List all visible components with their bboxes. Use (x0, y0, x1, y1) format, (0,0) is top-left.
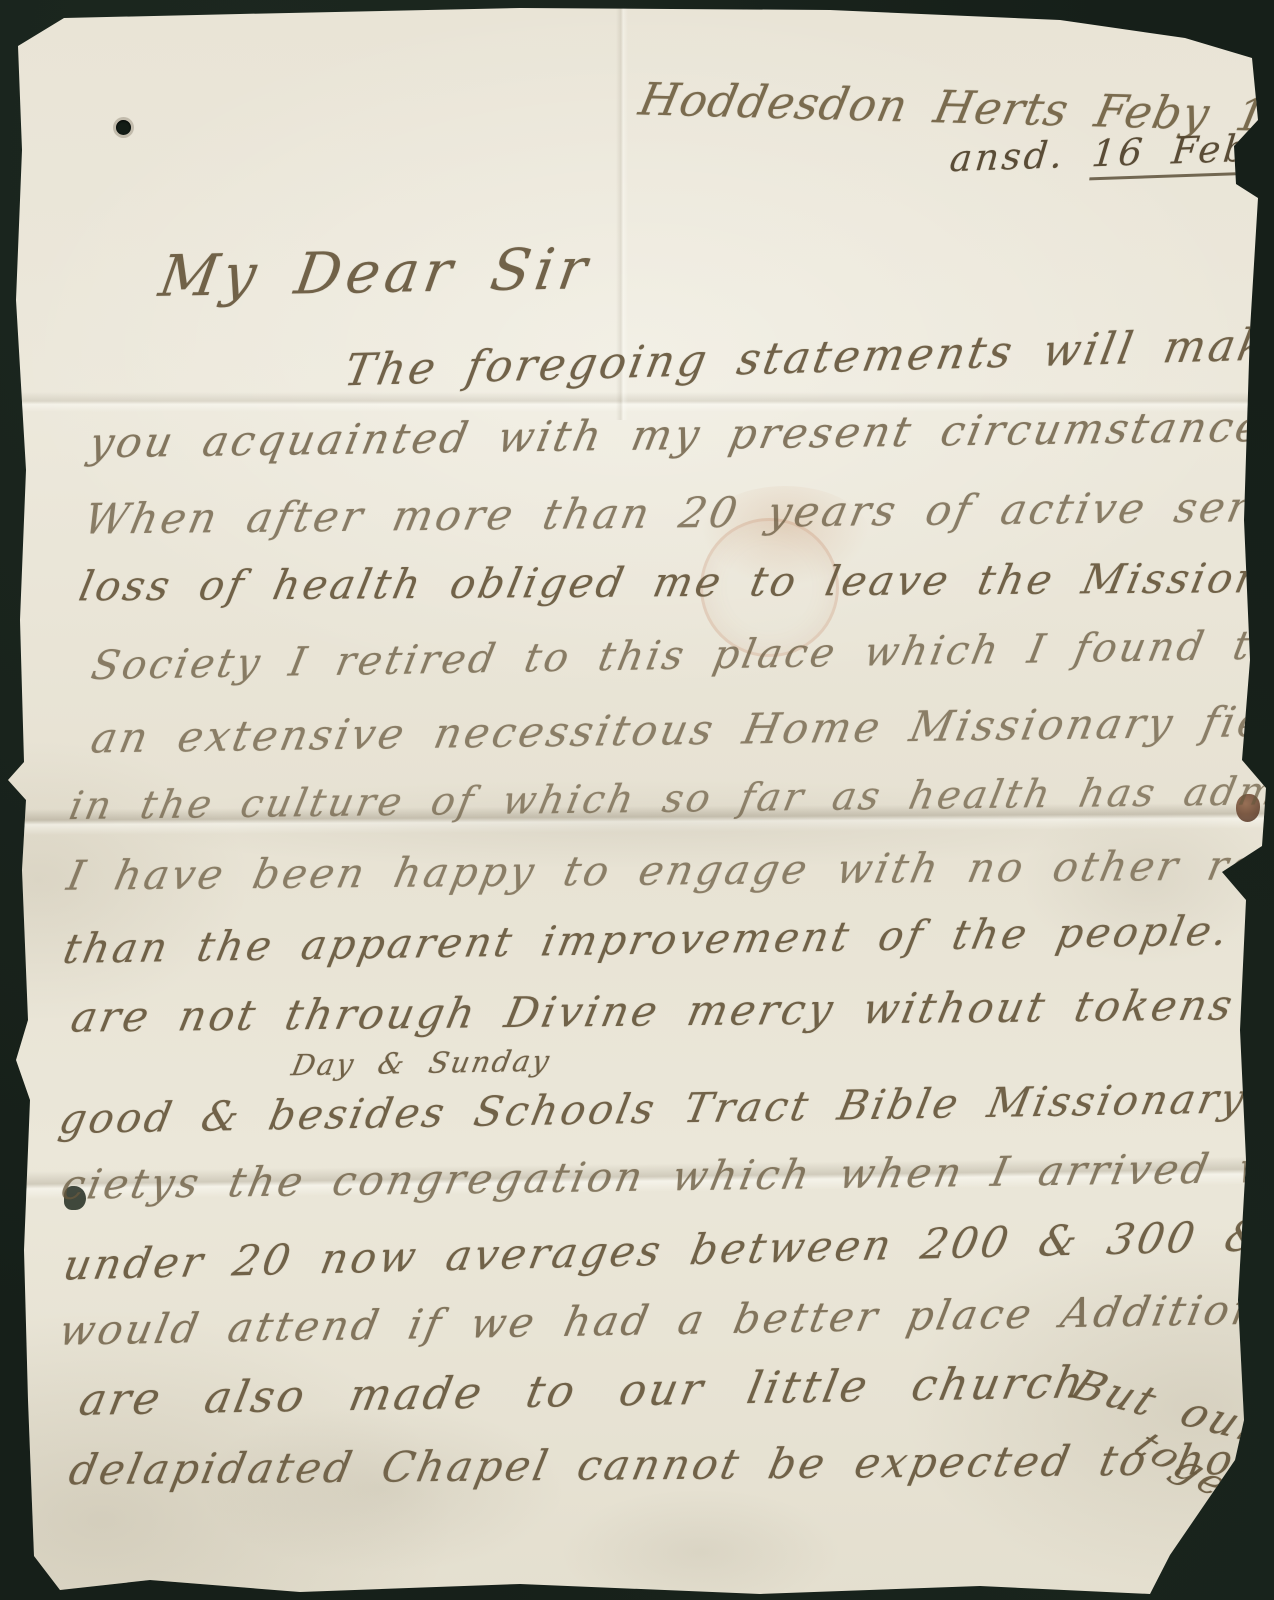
punch-hole-icon (116, 120, 131, 135)
handwritten-line: When after more than 20 years of active … (80, 481, 1274, 543)
handwritten-line: are also made to our little church (75, 1357, 1091, 1426)
handwritten-line: loss of health obliged me to leave the M… (75, 554, 1274, 611)
handwritten-line: under 20 now averages between 200 & 300 … (60, 1207, 1274, 1289)
letter-sheet: Hoddesdon Herts Feby 12/46 ansd. 16 Feb … (0, 0, 1274, 1600)
handwritten-line: you acquainted with my present circumsta… (85, 402, 1274, 468)
handwritten-line: delapidated Chapel cannot be expected to… (65, 1435, 1274, 1495)
handwritten-line: Society I retired to this place which I … (88, 621, 1274, 689)
interline-insertion: Day & Sunday (289, 1044, 554, 1083)
handwritten-line: I have been happy to engage with no othe… (63, 840, 1274, 899)
handwritten-line: an extensive necessitous Home Missionary… (87, 696, 1274, 762)
answered-date: 16 Feb (1089, 127, 1252, 181)
answered-annotation: ansd. 16 Feb (948, 127, 1253, 181)
answered-prefix: ansd. (948, 133, 1068, 180)
handwritten-line: would attend if we had a better place Ad… (55, 1285, 1274, 1355)
handwritten-line: are not through Divine mercy without tok… (67, 979, 1274, 1041)
handwritten-line: in the culture of which so far as health… (66, 768, 1274, 829)
handwritten-line: cietys the congregation which when I arr… (57, 1143, 1274, 1209)
salutation: My Dear Sir (155, 236, 596, 310)
handwritten-line: The foregoing statements will make (340, 319, 1274, 397)
scan-background: Hoddesdon Herts Feby 12/46 ansd. 16 Feb … (0, 0, 1274, 1600)
handwritten-line: good & besides Schools Tract Bible Missi… (55, 1073, 1274, 1143)
handwritten-line: than the apparent improvement of the peo… (59, 905, 1274, 973)
